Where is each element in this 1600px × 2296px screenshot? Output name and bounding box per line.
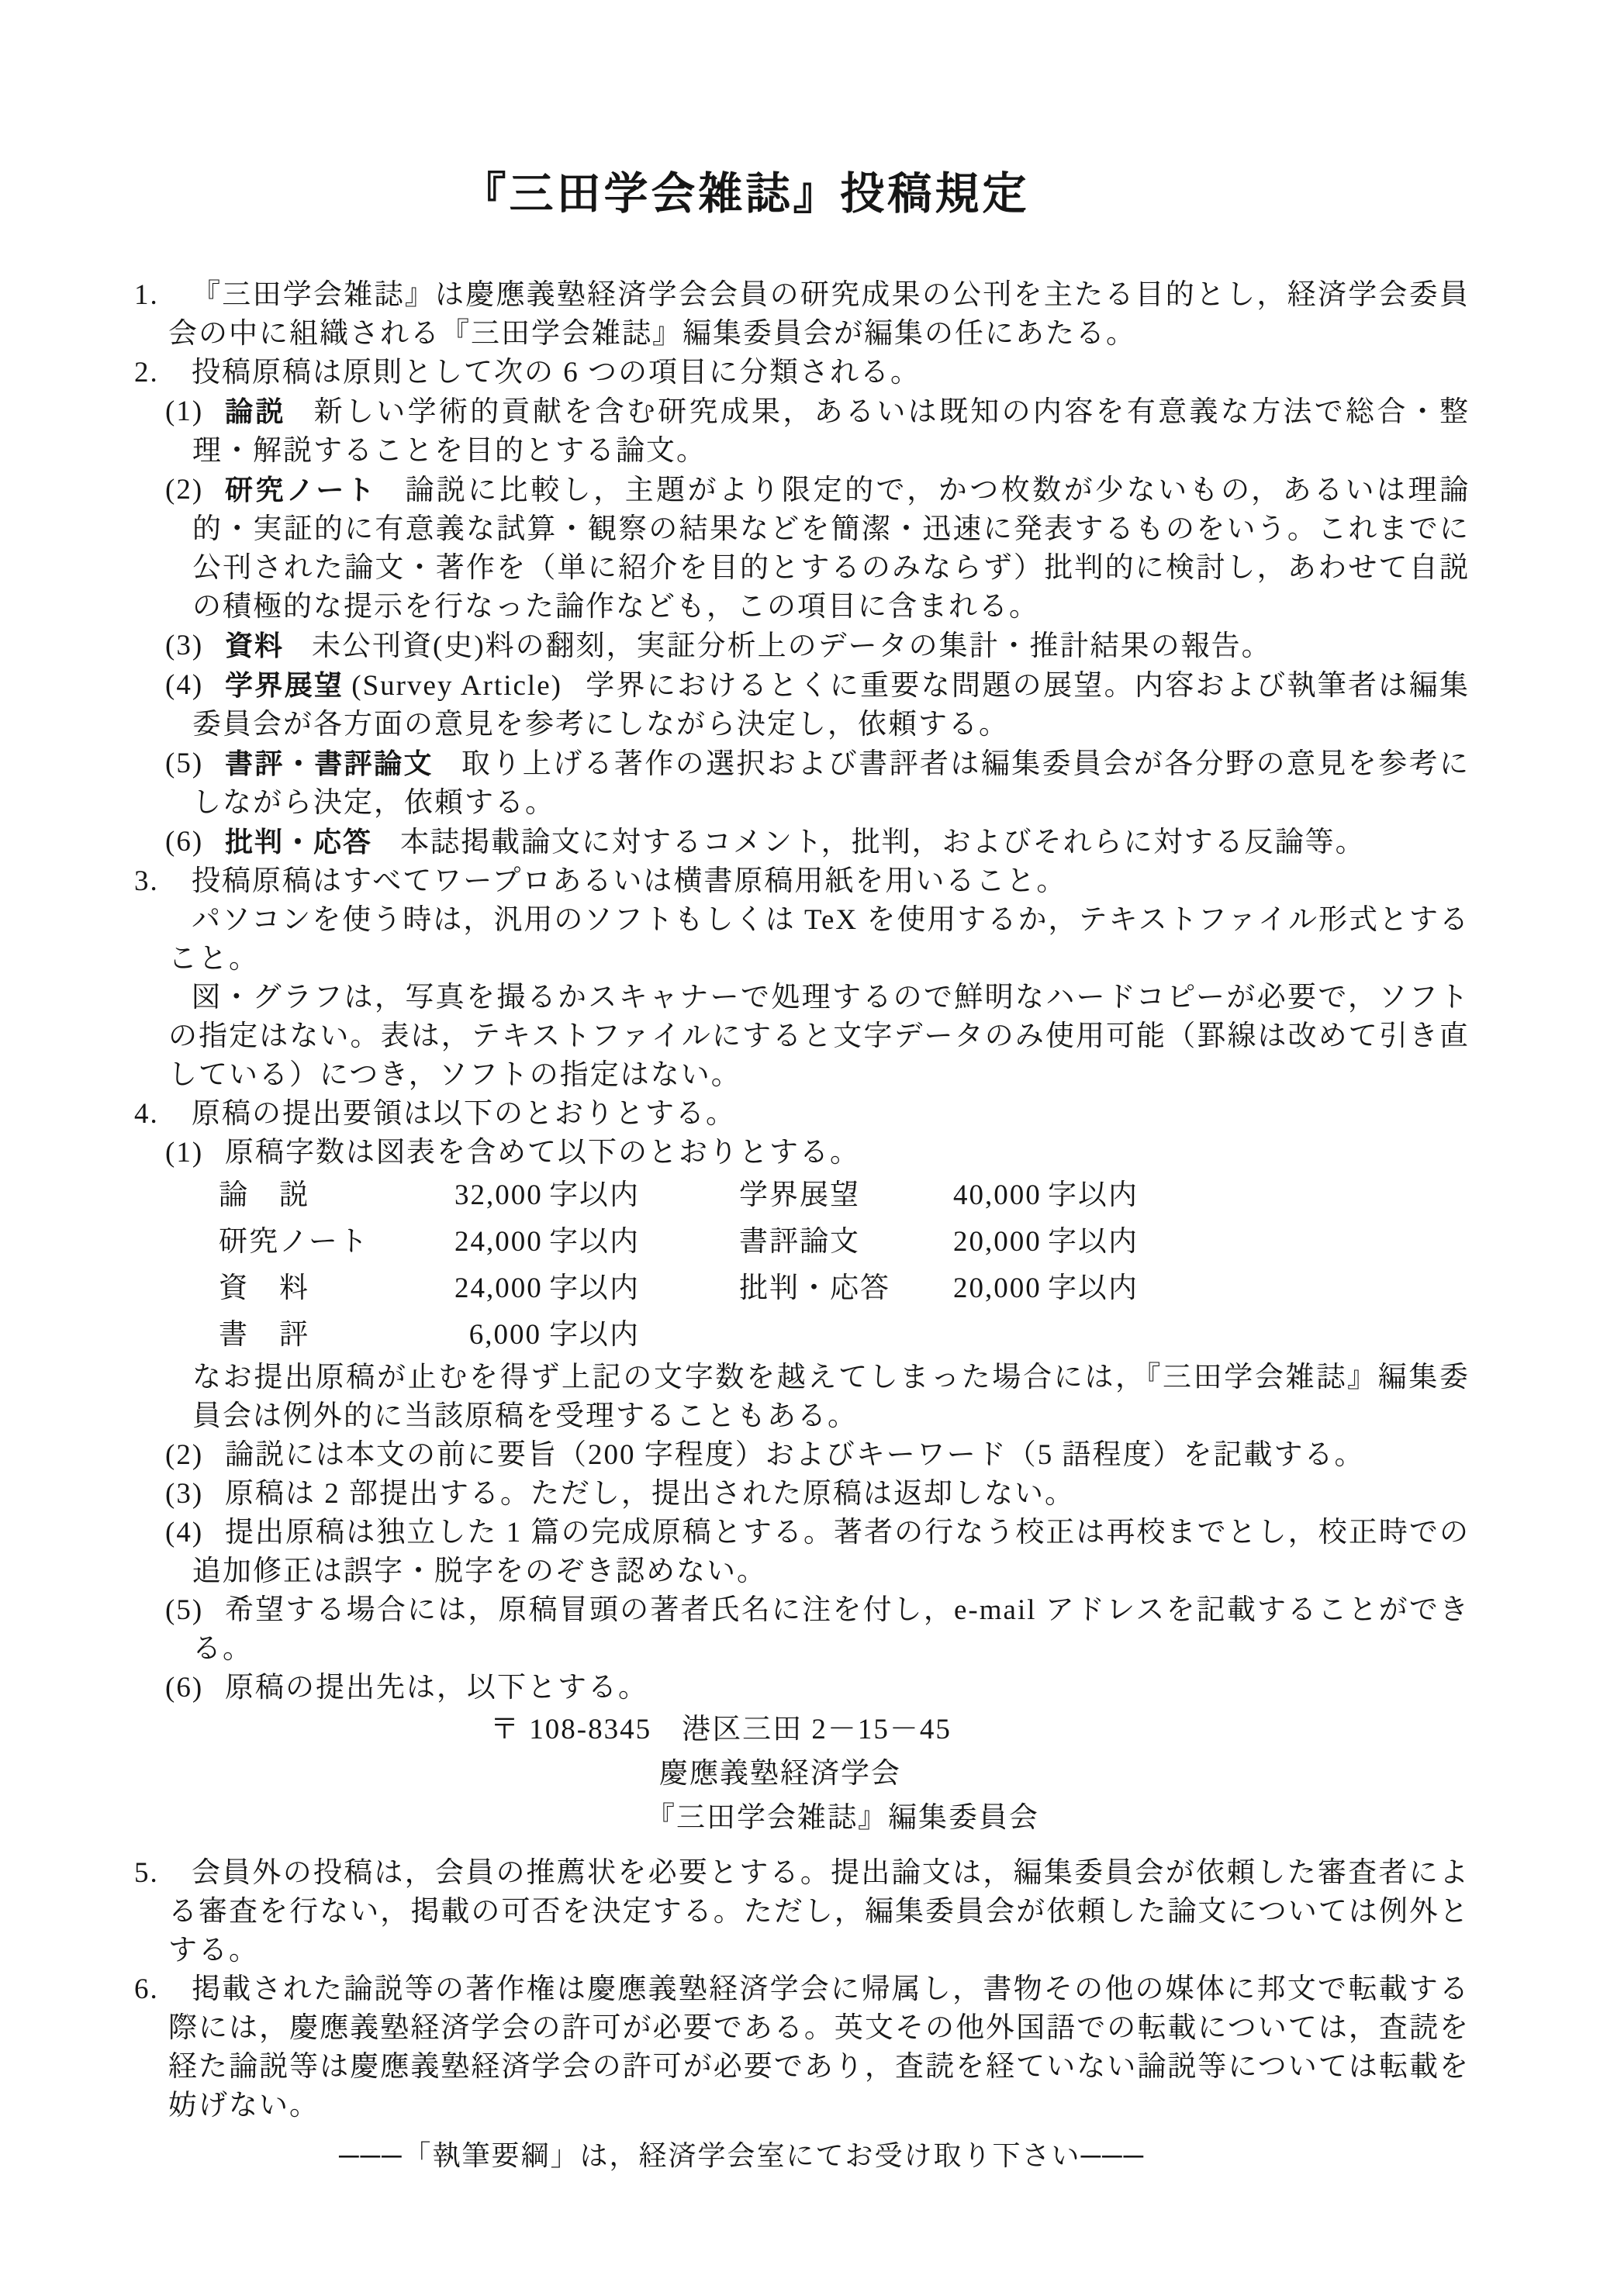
item-text: 『三田学会雑誌』は慶應義塾経済学会会員の研究成果の公刊を主たる目的とし，経済学会… [168, 279, 1470, 350]
sub-item-2-1: (1)論説新しい学術的貢献を含む研究成果，あるいは既知の内容を有意義な方法で総合… [134, 392, 1470, 471]
category-term: 研究ノート [225, 474, 377, 506]
item-text: 掲載された論説等の著作権は慶應義塾経済学会に帰属し，書物その他の媒体に邦文で転載… [168, 1973, 1470, 2122]
item-number: (3) [165, 627, 203, 665]
category-term: 学界展望 [225, 669, 344, 701]
char-limit-row: 研究ノート 24,000字以内 書評論文 20,000字以内 [219, 1219, 1470, 1265]
item-number: (6) [165, 1669, 203, 1707]
page-title: 『三田学会雑誌』投稿規定 [0, 158, 1491, 222]
limit-value: 24,000字以内 [454, 1265, 739, 1312]
limit-value: 20,000字以内 [953, 1219, 1470, 1265]
document-body: 1.『三田学会雑誌』は慶應義塾経済学会会員の研究成果の公刊を主たる目的とし，経済… [134, 276, 1470, 2125]
item-number: (3) [165, 1475, 203, 1514]
category-label: 論 説 [219, 1172, 454, 1219]
item-text: 希望する場合には，原稿冒頭の著者氏名に注を付し，e-mail アドレスを記載する… [192, 1594, 1470, 1665]
category-term-english: (Survey Article) [351, 670, 562, 702]
category-term: 書評・書評論文 [225, 747, 434, 779]
item-number: (2) [165, 471, 203, 509]
document-page: 『三田学会雑誌』投稿規定 1.『三田学会雑誌』は慶應義塾経済学会会員の研究成果の… [0, 0, 1600, 2296]
category-term: 批判・応答 [225, 826, 372, 858]
limit-number: 40,000 [953, 1172, 1040, 1219]
item-number: 6. [134, 1970, 159, 2009]
category-label: 学界展望 [739, 1172, 953, 1219]
item-number: 3. [134, 862, 159, 901]
item-number: 5. [134, 1854, 159, 1893]
item-text: 投稿原稿はすべてワープロあるいは横書原稿用紙を用いること。 [192, 865, 1066, 897]
limit-value: 6,000字以内 [454, 1312, 739, 1359]
item-number: (1) [165, 392, 203, 431]
address-line-postal: 〒 108-8345 港区三田 2－15－45 [490, 1707, 1470, 1752]
limit-value: 32,000字以内 [454, 1172, 739, 1219]
limit-number: 6,000 [454, 1312, 541, 1359]
char-limit-table: 論 説 32,000字以内 学界展望 40,000字以内 研究ノート 24,00… [219, 1172, 1470, 1359]
char-limit-row: 資 料 24,000字以内 批判・応答 20,000字以内 [219, 1265, 1470, 1312]
limit-number: 32,000 [454, 1172, 541, 1219]
limit-unit: 字以内 [1048, 1179, 1139, 1211]
item-text: 本誌掲載論文に対するコメント，批判，およびそれらに対する反論等。 [400, 827, 1366, 858]
limit-value: 24,000字以内 [454, 1219, 739, 1265]
item-number: 2. [134, 354, 159, 392]
item-text: 論説には本文の前に要旨（200 字程度）およびキーワード（5 語程度）を記載する… [225, 1439, 1365, 1471]
category-label: 資 料 [219, 1265, 454, 1312]
limit-number: 20,000 [953, 1219, 1040, 1265]
address-line-committee: 『三田学会雑誌』編集委員会 [646, 1796, 1470, 1840]
item-text: 投稿原稿は原則として次の 6 つの項目に分類される。 [192, 357, 921, 388]
sub-item-4-6: (6)原稿の提出先は，以下とする。 [134, 1669, 1470, 1707]
limit-value: 40,000字以内 [953, 1172, 1470, 1219]
paragraph: 図・グラフは，写真を撮るかスキャナーで処理するので鮮明なハードコピーが必要で，ソ… [134, 979, 1470, 1095]
section-1: 1.『三田学会雑誌』は慶應義塾経済学会会員の研究成果の公刊を主たる目的とし，経済… [134, 276, 1470, 354]
category-term: 論説 [225, 395, 286, 427]
limit-number: 20,000 [953, 1265, 1040, 1312]
section-5: 5.会員外の投稿は，会員の推薦状を必要とする。提出論文は，編集委員会が依頼した審… [134, 1854, 1470, 1970]
sub-item-2-5: (5)書評・書評論文取り上げる著作の選択および書評者は編集委員会が各分野の意見を… [134, 744, 1470, 823]
category-label: 研究ノート [219, 1219, 454, 1265]
paragraph: パソコンを使う時は，汎用のソフトもしくは TeX を使用するか，テキストファイル… [134, 901, 1470, 979]
sub-item-4-4: (4)提出原稿は独立した 1 篇の完成原稿とする。著者の行なう校正は再校までとし… [134, 1514, 1470, 1591]
limit-unit: 字以内 [549, 1272, 640, 1304]
category-label: 書評論文 [739, 1219, 953, 1265]
limit-number: 24,000 [454, 1219, 541, 1265]
limit-number: 24,000 [454, 1265, 541, 1312]
section-2: 2.投稿原稿は原則として次の 6 つの項目に分類される。 [134, 354, 1470, 392]
section-3: 3.投稿原稿はすべてワープロあるいは横書原稿用紙を用いること。 [134, 862, 1470, 901]
category-label: 批判・応答 [739, 1265, 953, 1312]
item-number: (4) [165, 1514, 203, 1552]
item-text: 原稿は 2 部提出する。ただし，提出された原稿は返却しない。 [225, 1478, 1075, 1510]
char-limit-row: 書 評 6,000字以内 [219, 1312, 1470, 1359]
sub-item-4-1: (1)原稿字数は図表を含めて以下のとおりとする。 [134, 1134, 1470, 1172]
footer-note: ───「執筆要綱」は，経済学会室にてお受け取り下さい─── [0, 2134, 1484, 2173]
limit-unit: 字以内 [549, 1179, 640, 1211]
limit-unit: 字以内 [549, 1319, 640, 1351]
item-number: 1. [134, 276, 159, 315]
item-text: 会員外の投稿は，会員の推薦状を必要とする。提出論文は，編集委員会が依頼した審査者… [168, 1857, 1470, 1966]
item-number: (5) [165, 744, 203, 783]
section-4: 4.原稿の提出要領は以下のとおりとする。 [134, 1095, 1470, 1134]
item-text: 原稿の提出先は，以下とする。 [225, 1672, 648, 1704]
item-text: 論説に比較し，主題がより限定的で，かつ枚数が少ないもの，あるいは理論的・実証的に… [192, 475, 1470, 623]
sub-item-4-3: (3)原稿は 2 部提出する。ただし，提出された原稿は返却しない。 [134, 1475, 1470, 1514]
item-number: (6) [165, 823, 203, 861]
limit-value: 20,000字以内 [953, 1265, 1470, 1312]
item-text: 原稿字数は図表を含めて以下のとおりとする。 [225, 1137, 860, 1169]
sub-item-4-5: (5)希望する場合には，原稿冒頭の著者氏名に注を付し，e-mail アドレスを記… [134, 1591, 1470, 1669]
item-text: 提出原稿は独立した 1 篇の完成原稿とする。著者の行なう校正は再校までとし，校正… [192, 1517, 1470, 1587]
limit-unit: 字以内 [1048, 1226, 1139, 1258]
item-text: 新しい学術的貢献を含む研究成果，あるいは既知の内容を有意義な方法で総合・整理・解… [192, 396, 1470, 467]
limit-unit: 字以内 [549, 1226, 640, 1258]
section-6: 6.掲載された論説等の著作権は慶應義塾経済学会に帰属し，書物その他の媒体に邦文で… [134, 1970, 1470, 2125]
category-label: 書 評 [219, 1312, 454, 1359]
category-term: 資料 [225, 630, 284, 661]
sub-item-2-3: (3)資料未公刊資(史)料の翻刻，実証分析上のデータの集計・推計結果の報告。 [134, 627, 1470, 666]
item-number: (5) [165, 1591, 203, 1630]
limit-unit: 字以内 [1048, 1272, 1139, 1304]
sub-item-2-6: (6)批判・応答本誌掲載論文に対するコメント，批判，およびそれらに対する反論等。 [134, 823, 1470, 862]
sub-item-2-2: (2)研究ノート論説に比較し，主題がより限定的で，かつ枚数が少ないもの，あるいは… [134, 471, 1470, 627]
item-number: (1) [165, 1134, 203, 1172]
item-text: 未公刊資(史)料の翻刻，実証分析上のデータの集計・推計結果の報告。 [312, 630, 1272, 662]
char-limit-row: 論 説 32,000字以内 学界展望 40,000字以内 [219, 1172, 1470, 1219]
item-text: 原稿の提出要領は以下のとおりとする。 [192, 1098, 736, 1130]
sub-item-2-4: (4)学界展望(Survey Article)学界におけるとくに重要な問題の展望… [134, 666, 1470, 744]
sub-item-4-2: (2)論説には本文の前に要旨（200 字程度）およびキーワード（5 語程度）を記… [134, 1436, 1470, 1475]
item-number: (2) [165, 1436, 203, 1475]
overflow-note: なお提出原稿が止むを得ず上記の文字数を越えてしまった場合には，『三田学会雑誌』編… [134, 1359, 1470, 1436]
item-number: (4) [165, 666, 203, 705]
item-number: 4. [134, 1095, 159, 1134]
address-line-society: 慶應義塾経済学会 [659, 1752, 1470, 1796]
